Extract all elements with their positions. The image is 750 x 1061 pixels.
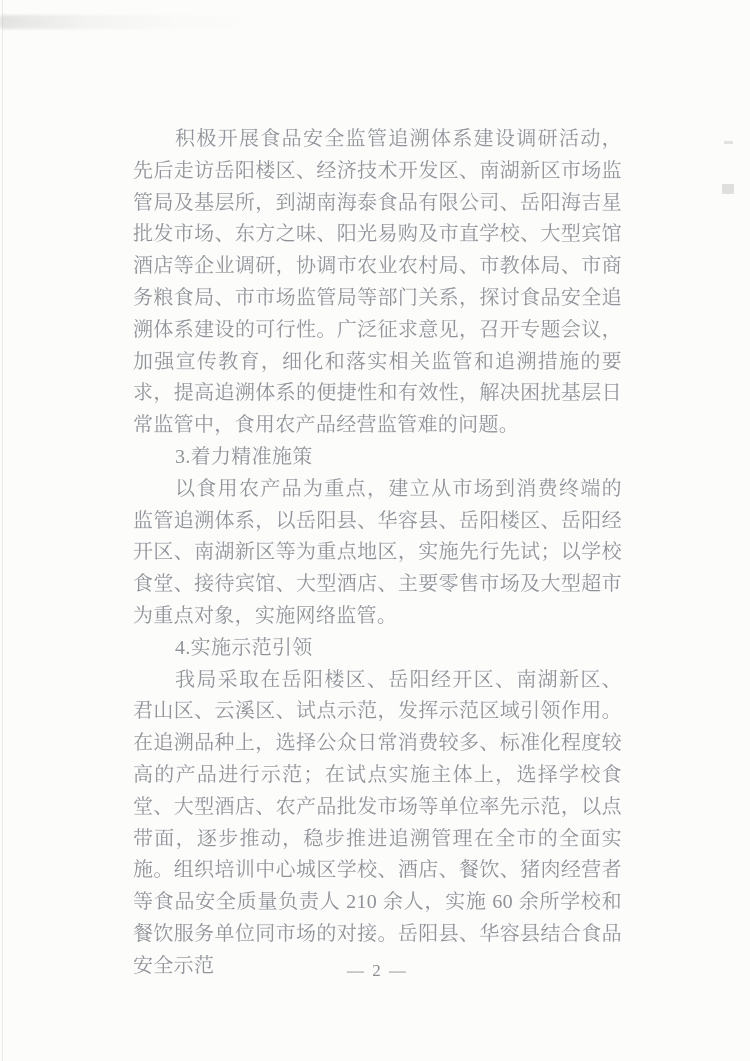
scan-artifact-right-2	[722, 184, 734, 193]
heading-section-4-demonstration: 4.实施示范引领	[133, 633, 622, 665]
heading-section-3-precise-policy: 3.着力精准施策	[133, 442, 622, 474]
paragraph-demonstration-body: 我局采取在岳阳楼区、岳阳经开区、南湖新区、君山区、云溪区、试点示范，发挥示范区域…	[133, 665, 622, 983]
scanned-document-page: 积极开展食品安全监管追溯体系建设调研活动，先后走访岳阳楼区、经济技术开发区、南湖…	[0, 0, 750, 1061]
paragraph-research-activities: 积极开展食品安全监管追溯体系建设调研活动，先后走访岳阳楼区、经济技术开发区、南湖…	[133, 124, 622, 442]
paragraph-precise-policy-body: 以食用农产品为重点，建立从市场到消费终端的监管追溯体系，以岳阳县、华容县、岳阳楼…	[133, 474, 622, 633]
scan-edge-line	[2, 0, 3, 1061]
scan-smudge-top-left	[0, 15, 280, 29]
document-body: 积极开展食品安全监管追溯体系建设调研活动，先后走访岳阳楼区、经济技术开发区、南湖…	[133, 124, 622, 983]
scan-artifact-right-1	[724, 141, 733, 144]
page-number: — 2 —	[133, 961, 622, 981]
